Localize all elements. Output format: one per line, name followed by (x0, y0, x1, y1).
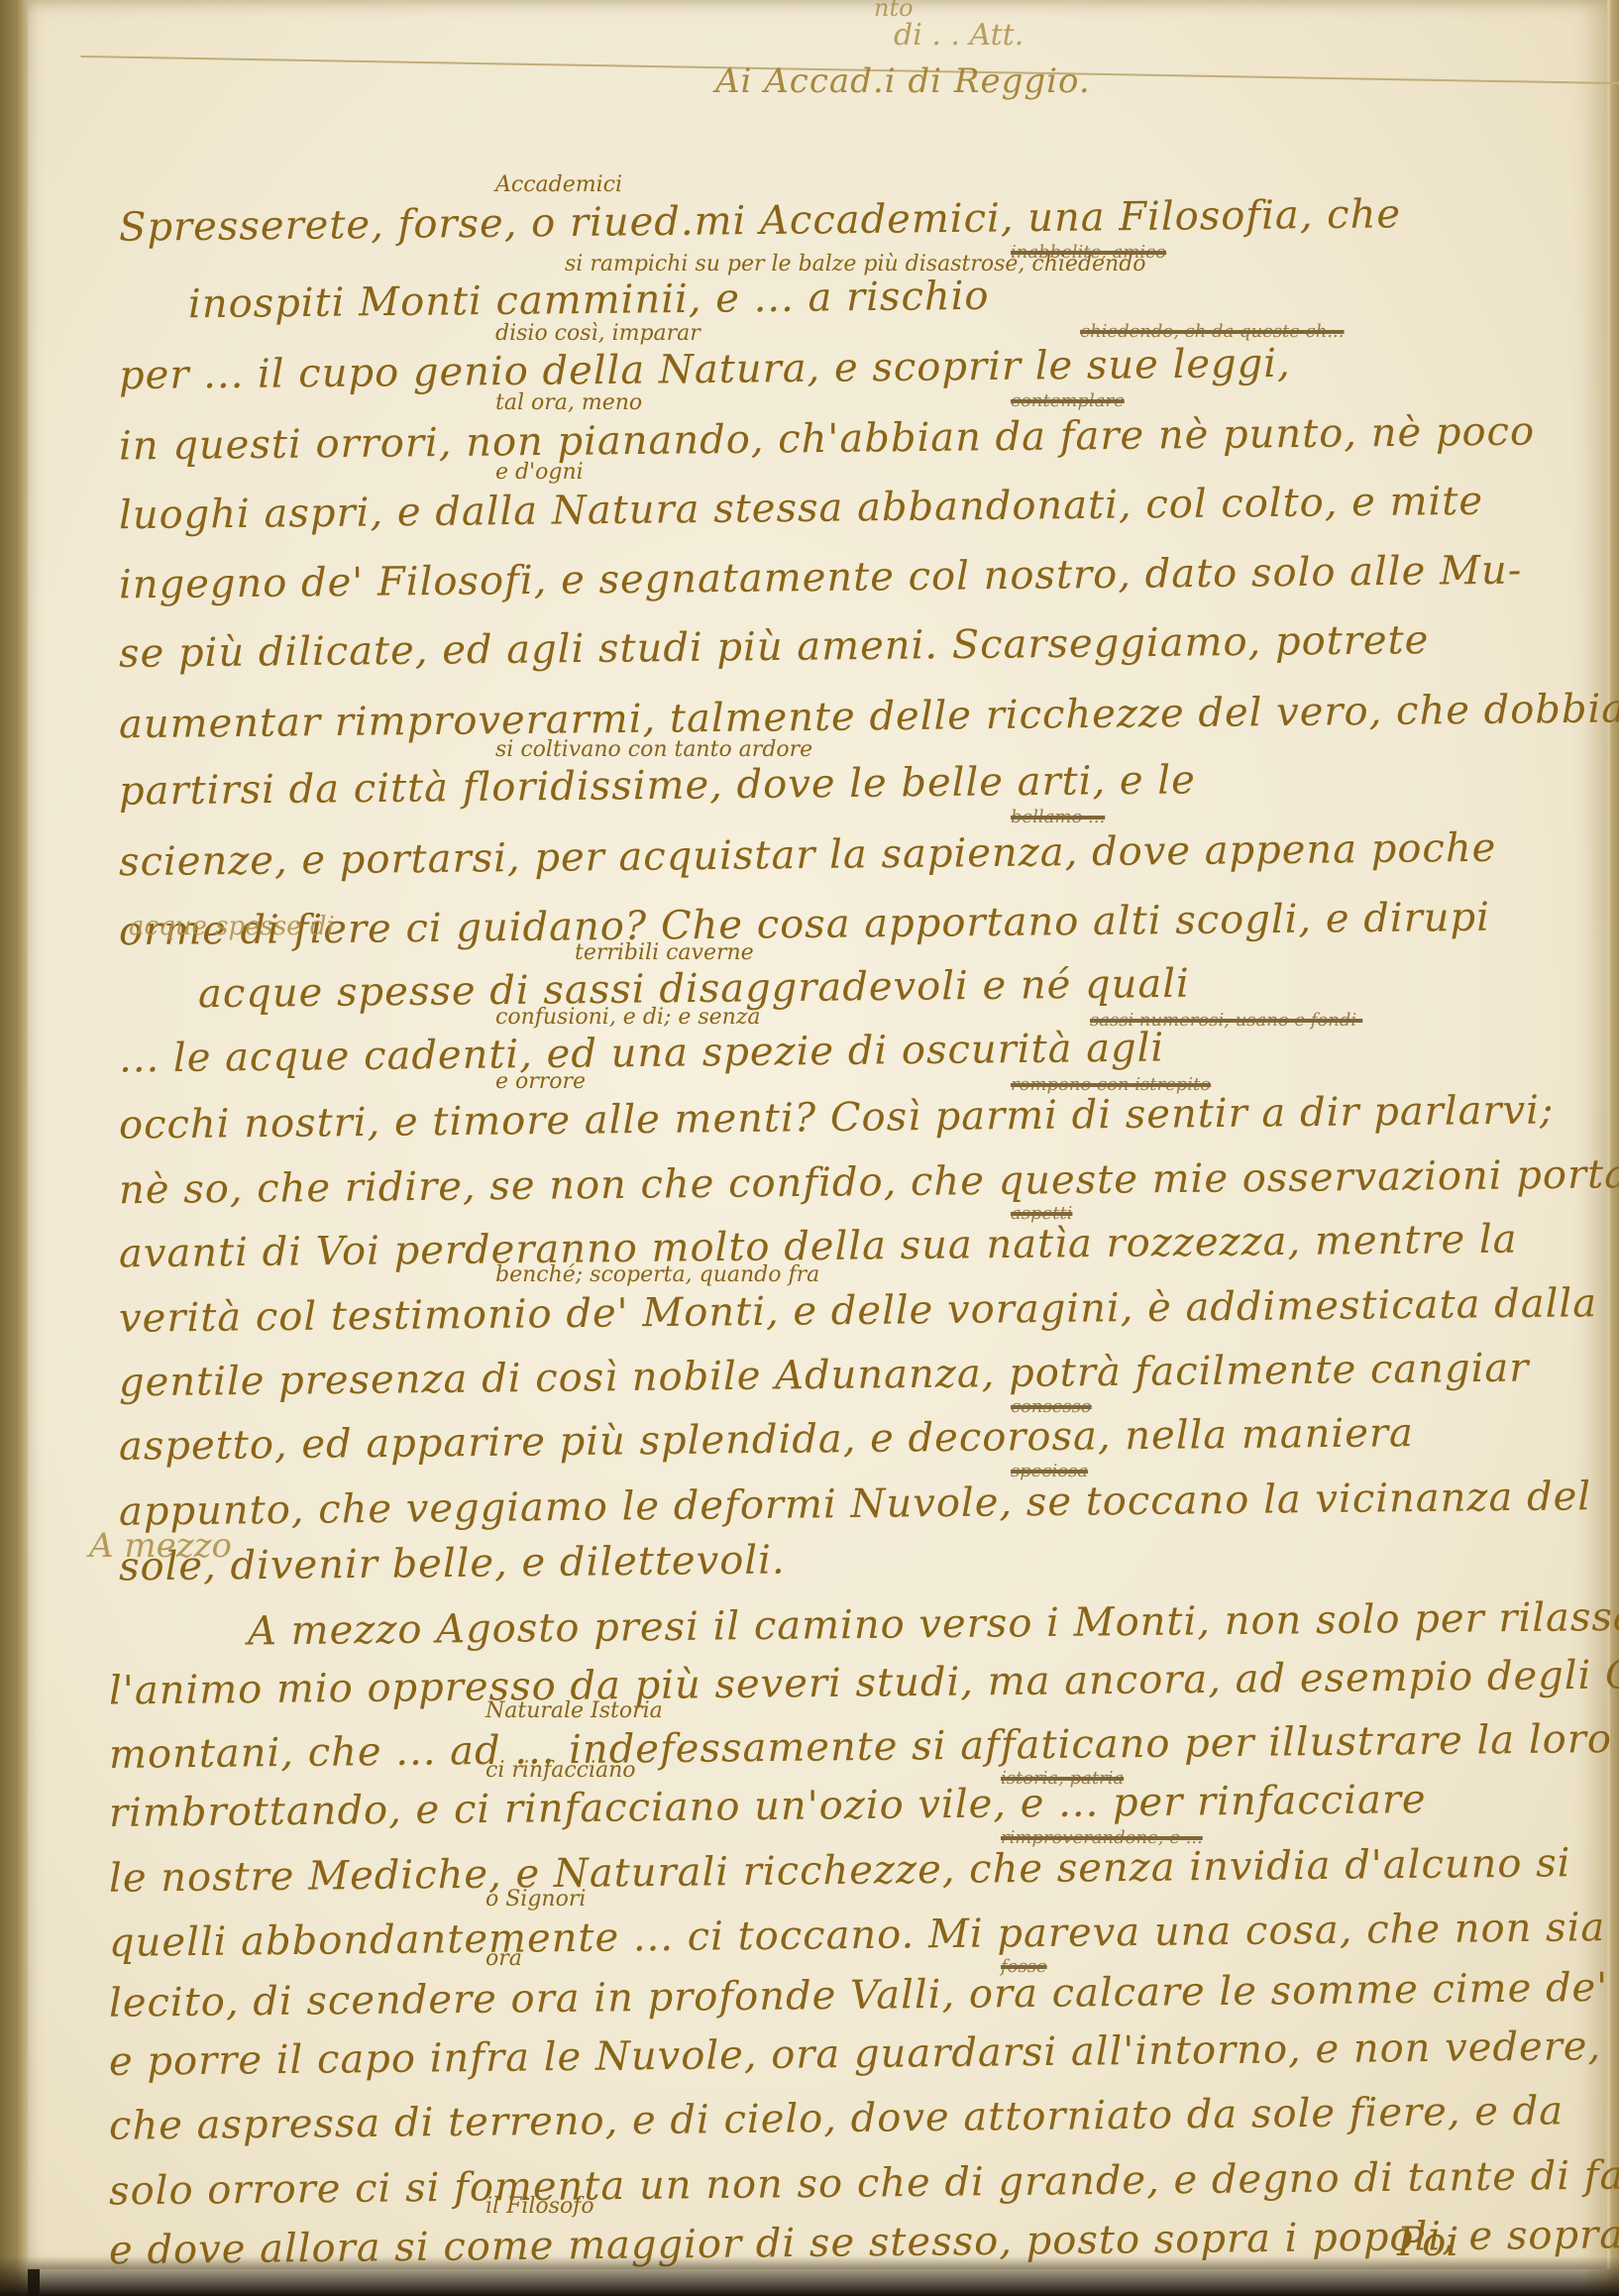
interlinear-correction: Naturale Istoria (486, 1698, 663, 1723)
interlinear-correction: o Signori (486, 1887, 586, 1912)
manuscript-line: inospiti Monti camminii, e ... a rischio (188, 273, 990, 327)
previous-page-fragment: di . . Att. (894, 18, 1024, 53)
interlinear-correction: ora (486, 1946, 522, 1971)
interlinear-correction: confusioni, e di; e senza (495, 1005, 761, 1030)
interlinear-correction: disio così, imparar (495, 321, 701, 346)
interlinear-correction: si rampichi su per le balze più disastro… (565, 252, 1146, 276)
interlinear-correction: e d'ogni (495, 460, 584, 485)
struck-text: bellamo ... (1011, 807, 1105, 827)
interlinear-correction: si coltivano con tanto ardore (495, 737, 812, 762)
interlinear-correction: il Filosofo (486, 2194, 594, 2219)
interlinear-correction: ci rinfacciano (486, 1758, 636, 1783)
interlinear-correction: tal ora, meno (495, 390, 642, 415)
page-bottom-shadow (0, 2256, 1619, 2296)
page-header: Ai Accad.i di Reggio. (715, 61, 1091, 101)
struck-text: contemplare (1011, 390, 1125, 411)
interlinear-correction: Accademici (495, 172, 622, 197)
interlinear-correction: benché; scoperta, quando fra (495, 1262, 819, 1287)
interlinear-correction: terribili caverne (575, 940, 754, 965)
struck-text: chiedendo, ch da queste ch... (1080, 321, 1344, 342)
interlinear-correction: e orrore (495, 1069, 586, 1094)
binding-edge (0, 0, 28, 2296)
margin-note: acque spesse di (129, 912, 335, 941)
margin-note: A mezzo (89, 1526, 232, 1566)
